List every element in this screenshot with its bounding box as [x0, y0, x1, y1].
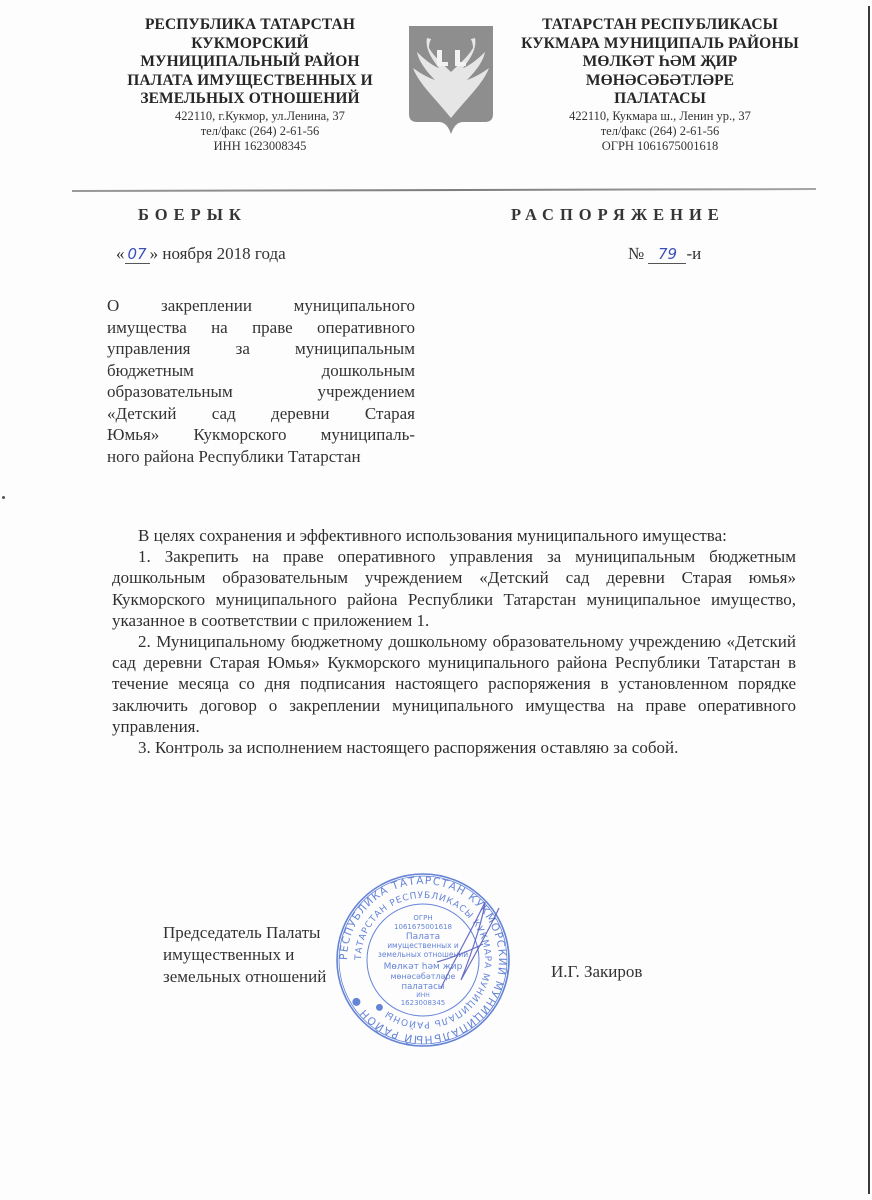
subject-line: управления за муниципальным — [107, 338, 415, 360]
document-subject: О закреплении муниципального имущества н… — [107, 295, 415, 467]
svg-text:1061675001618: 1061675001618 — [394, 923, 452, 931]
header-right: ТАТАРСТАН РЕСПУБЛИКАСЫ КУКМАРА МУНИЦИПАЛ… — [500, 16, 820, 154]
subject-line: Юмья» Кукморского муниципаль- — [107, 424, 415, 446]
body-paragraph-item-2: 2. Муниципальному бюджетному дошкольному… — [112, 631, 796, 737]
date-rest: » ноября 2018 года — [150, 244, 286, 263]
header-right-ogrn: ОГРН 1061675001618 — [500, 139, 820, 154]
header-right-line: КУКМАРА МУНИЦИПАЛЬ РАЙОНЫ — [500, 35, 820, 54]
document-date: «07» ноября 2018 года — [116, 244, 286, 264]
signer-title-line: Председатель Палаты — [163, 922, 326, 944]
signer-name: И.Г. Закиров — [551, 962, 642, 982]
header-left-line: ЗЕМЕЛЬНЫХ ОТНОШЕНИЙ — [100, 90, 400, 109]
header-right-address: 422110, Кукмара ш., Ленин ур., 37 — [500, 109, 820, 124]
body-paragraph-item-3: 3. Контроль за исполнением настоящего ра… — [112, 737, 796, 758]
header-right-line: МӨНӘСӘБӘТЛӘРЕ — [500, 72, 820, 91]
signer-title-line: земельных отношений — [163, 966, 326, 988]
scan-speck — [2, 496, 5, 499]
subject-line: образовательным учреждением — [107, 381, 415, 403]
header-left-phone: тел/факс (264) 2-61-56 — [100, 124, 400, 139]
date-day-handwritten: 07 — [125, 245, 150, 264]
signer-title: Председатель Палаты имущественных и земе… — [163, 922, 326, 988]
document-body: В целях сохранения и эффективного исполь… — [112, 525, 796, 758]
svg-text:имущественных и: имущественных и — [387, 941, 459, 950]
header-left-address: 422110, г.Кукмор, ул.Ленина, 37 — [100, 109, 400, 124]
subject-line: бюджетным дошкольным — [107, 360, 415, 382]
document-number: № 79-и — [628, 244, 701, 264]
subject-line: имущества на праве оперативного — [107, 317, 415, 339]
header-left-line: МУНИЦИПАЛЬНЫЙ РАЙОН — [100, 53, 400, 72]
subject-line: ного района Республики Татарстан — [107, 446, 415, 468]
doc-type-tatar: БОЕРЫК — [138, 205, 247, 225]
svg-text:палатасы: палатасы — [402, 982, 445, 992]
header-left-line: КУКМОРСКИЙ — [100, 35, 400, 54]
doc-type-russian: РАСПОРЯЖЕНИЕ — [511, 205, 725, 225]
official-stamp-icon: РЕСПУБЛИКА ТАТАРСТАН КУКМОРСКИЙ МУНИЦИПА… — [333, 870, 513, 1050]
svg-text:земельных отношений: земельных отношений — [378, 950, 468, 959]
svg-text:1623008345: 1623008345 — [401, 999, 446, 1007]
header-divider — [72, 188, 816, 192]
number-suffix: -и — [686, 244, 701, 263]
number-prefix: № — [628, 244, 644, 263]
header-left-line: ПАЛАТА ИМУЩЕСТВЕННЫХ И — [100, 72, 400, 91]
subject-line: «Детский сад деревни Старая — [107, 403, 415, 425]
header-left-line: РЕСПУБЛИКА ТАТАРСТАН — [100, 16, 400, 35]
date-open-quote: « — [116, 244, 125, 263]
header-right-line: МӨЛКӘТ ҺӘМ ҖИР — [500, 53, 820, 72]
header-left: РЕСПУБЛИКА ТАТАРСТАН КУКМОРСКИЙ МУНИЦИПА… — [100, 16, 400, 154]
header-left-inn: ИНН 1623008345 — [100, 139, 400, 154]
signer-title-line: имущественных и — [163, 944, 326, 966]
number-handwritten: 79 — [648, 245, 686, 264]
header-right-line: ПАЛАТАСЫ — [500, 90, 820, 109]
svg-text:ИНН: ИНН — [416, 992, 430, 999]
body-paragraph-preamble: В целях сохранения и эффективного исполь… — [112, 525, 796, 546]
svg-text:ОГРН: ОГРН — [413, 914, 432, 922]
coat-of-arms-icon — [405, 18, 497, 136]
header-right-line: ТАТАРСТАН РЕСПУБЛИКАСЫ — [500, 16, 820, 35]
header-right-phone: тел/факс (264) 2-61-56 — [500, 124, 820, 139]
body-paragraph-item-1: 1. Закрепить на праве оперативного управ… — [112, 546, 796, 631]
subject-line: О закреплении муниципального — [107, 295, 415, 317]
scan-edge — [868, 6, 870, 1194]
svg-text:мөнәсәбәтләре: мөнәсәбәтләре — [391, 972, 456, 981]
